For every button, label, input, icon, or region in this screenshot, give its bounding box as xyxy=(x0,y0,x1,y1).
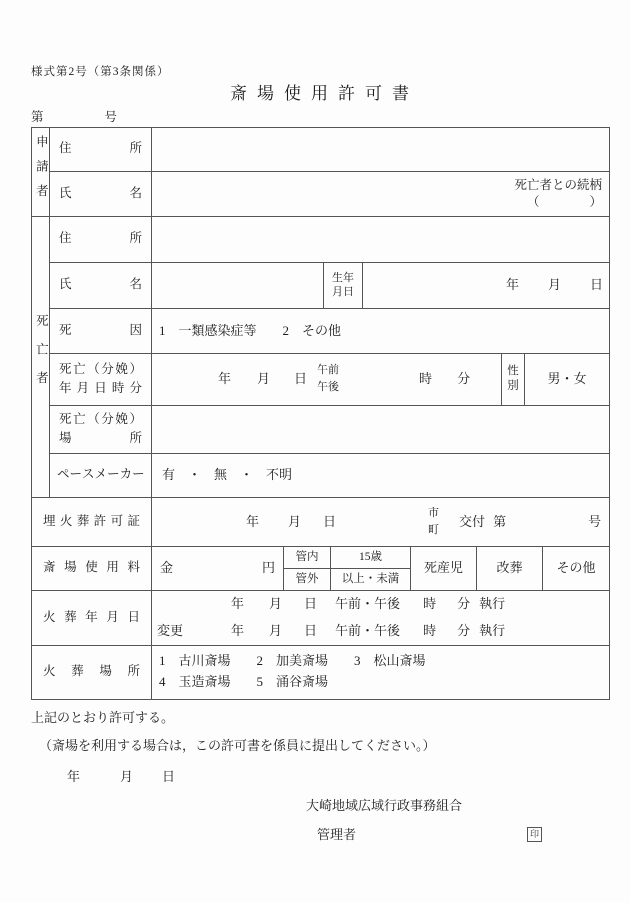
unit-year: 年 xyxy=(246,514,259,530)
cremation-date-line1: 年 月 日 午前・午後 時 分 執行 xyxy=(152,591,609,618)
permit-number-prefix: 第 xyxy=(493,514,506,530)
death-datetime-row: 年 月 日 午前 午後 時 分 性 別 男・女 xyxy=(152,354,609,406)
unit-day: 日 xyxy=(304,596,317,612)
birthdate-label: 生年 月日 xyxy=(324,263,363,308)
other-cell: その他 xyxy=(543,547,609,590)
cremation-place-line2: 4 玉造斎場 5 涌谷斎場 xyxy=(159,672,609,693)
am-pm-label: 午前・午後 xyxy=(335,596,400,612)
unit-month: 月 xyxy=(269,623,282,639)
deceased-address-field xyxy=(152,217,609,263)
unit-month: 月 xyxy=(257,371,270,387)
burial-permit-label: 埋火葬許可証 xyxy=(32,498,152,547)
death-datetime-label: 死亡（分娩） 年月日時分 xyxy=(50,354,152,406)
unit-minute: 分 xyxy=(457,596,470,612)
deceased-name-row: 生年 月日 年 月 日 xyxy=(152,263,609,309)
unit-year: 年 xyxy=(231,623,244,639)
unit-day: 日 xyxy=(294,371,307,387)
deceased-name-label: 氏名 xyxy=(50,263,152,309)
fee-label: 斎場使用料 xyxy=(32,547,152,591)
document-number-line: 第 号 xyxy=(31,109,608,126)
applicant-address-field xyxy=(152,128,609,172)
organization-name: 大崎地域広域行政事務組合 xyxy=(306,798,608,814)
reburial-cell: 改葬 xyxy=(477,547,543,590)
cremation-place-label: 火葬場所 xyxy=(32,646,152,699)
applicant-name-field: 死亡者との続柄 （ ） xyxy=(152,172,609,217)
unit-year: 年 xyxy=(67,769,80,785)
unit-day: 日 xyxy=(323,514,336,530)
cremation-date-line2: 変更 年 月 日 午前・午後 時 分 執行 xyxy=(152,618,609,645)
unit-hour: 時 xyxy=(423,596,436,612)
document-number-suffix: 号 xyxy=(105,110,118,126)
usage-note: （斎場を利用する場合は，この許可書を係員に提出してください。） xyxy=(39,738,608,754)
cremation-place-line1: 1 古川斎場 2 加美斎場 3 松山斎場 xyxy=(159,651,609,672)
manager-label: 管理者 xyxy=(317,827,356,843)
city-town-stack: 市 町 xyxy=(428,505,439,539)
cause-of-death-options: 1 一類感染症等 2 その他 xyxy=(152,309,609,354)
relation-parens: （ ） xyxy=(527,194,602,211)
sex-options: 男・女 xyxy=(525,354,609,405)
death-place-field xyxy=(152,406,609,454)
exec-label: 執行 xyxy=(479,596,505,612)
deceased-group-label: 死亡者 xyxy=(32,217,50,498)
issue-date-line: 年 月 日 xyxy=(67,769,608,785)
fee-row: 金 円 管内 管外 15歳 以上・未満 死産児 改葬 その他 xyxy=(152,547,609,591)
unit-year: 年 xyxy=(218,371,231,387)
unit-minute: 分 xyxy=(457,623,470,639)
unit-day: 日 xyxy=(590,277,603,293)
cremation-date-field: 年 月 日 午前・午後 時 分 執行 変更 年 月 日 午前・午後 時 分 執行 xyxy=(152,591,609,646)
unit-day: 日 xyxy=(304,623,317,639)
pacemaker-options: 有 ・ 無 ・ 不明 xyxy=(152,454,609,498)
unit-month: 月 xyxy=(269,596,282,612)
am-pm-label: 午前・午後 xyxy=(335,623,400,639)
age-cell: 15歳 以上・未満 xyxy=(331,547,411,590)
unit-minute: 分 xyxy=(457,371,470,387)
unit-year: 年 xyxy=(231,596,244,612)
form-title: 斎場使用許可書 xyxy=(31,83,608,104)
am-pm-stack: 午前 午後 xyxy=(317,362,339,396)
unit-year: 年 xyxy=(506,277,519,293)
deceased-address-label: 住所 xyxy=(50,217,152,263)
applicant-address-label: 住所 xyxy=(50,128,152,172)
document-number-prefix: 第 xyxy=(31,110,44,126)
deceased-name-field xyxy=(152,263,324,308)
stillborn-cell: 死産児 xyxy=(411,547,477,590)
unit-hour: 時 xyxy=(423,623,436,639)
unit-hour: 時 xyxy=(419,371,432,387)
applicant-group-label: 申請者 xyxy=(32,128,50,217)
death-datetime-field: 年 月 日 午前 午後 時 分 xyxy=(152,354,501,405)
unit-month: 月 xyxy=(548,277,561,293)
manager-line: 管理者 印 xyxy=(317,827,608,843)
issue-label: 交付 xyxy=(459,514,485,530)
unit-day: 日 xyxy=(162,769,175,785)
unit-month: 月 xyxy=(288,514,301,530)
permit-number-suffix: 号 xyxy=(588,514,601,530)
applicant-name-label: 氏名 xyxy=(50,172,152,217)
fee-amount-field: 金 円 xyxy=(152,547,284,590)
approval-statement: 上記のとおり許可する。 xyxy=(31,710,608,726)
burial-permit-field: 年 月 日 市 町 交付 第 号 xyxy=(152,498,609,547)
jurisdiction-cell: 管内 管外 xyxy=(284,547,331,590)
change-label: 変更 xyxy=(157,623,183,639)
relation-label: 死亡者との続柄 xyxy=(514,177,602,194)
seal-icon: 印 xyxy=(527,827,542,842)
cremation-date-label: 火葬年月日 xyxy=(32,591,152,646)
exec-label: 執行 xyxy=(479,623,505,639)
form-style-number: 様式第2号（第3条関係） xyxy=(31,65,608,79)
cremation-place-options: 1 古川斎場 2 加美斎場 3 松山斎場 4 玉造斎場 5 涌谷斎場 xyxy=(152,646,609,699)
pacemaker-label: ペースメーカー xyxy=(50,454,152,498)
sex-label: 性 別 xyxy=(501,354,525,405)
permit-table: 申請者 住所 氏名 死亡者との続柄 （ ） 死亡者 住所 氏名 生年 月日 xyxy=(31,127,610,700)
death-place-label: 死亡（分娩） 場所 xyxy=(50,406,152,454)
cause-of-death-label: 死因 xyxy=(50,309,152,354)
permit-form-sheet: 様式第2号（第3条関係） 斎場使用許可書 第 号 申請者 住所 氏名 死亡者との… xyxy=(0,0,630,903)
unit-month: 月 xyxy=(120,769,133,785)
birthdate-field: 年 月 日 xyxy=(363,277,609,293)
